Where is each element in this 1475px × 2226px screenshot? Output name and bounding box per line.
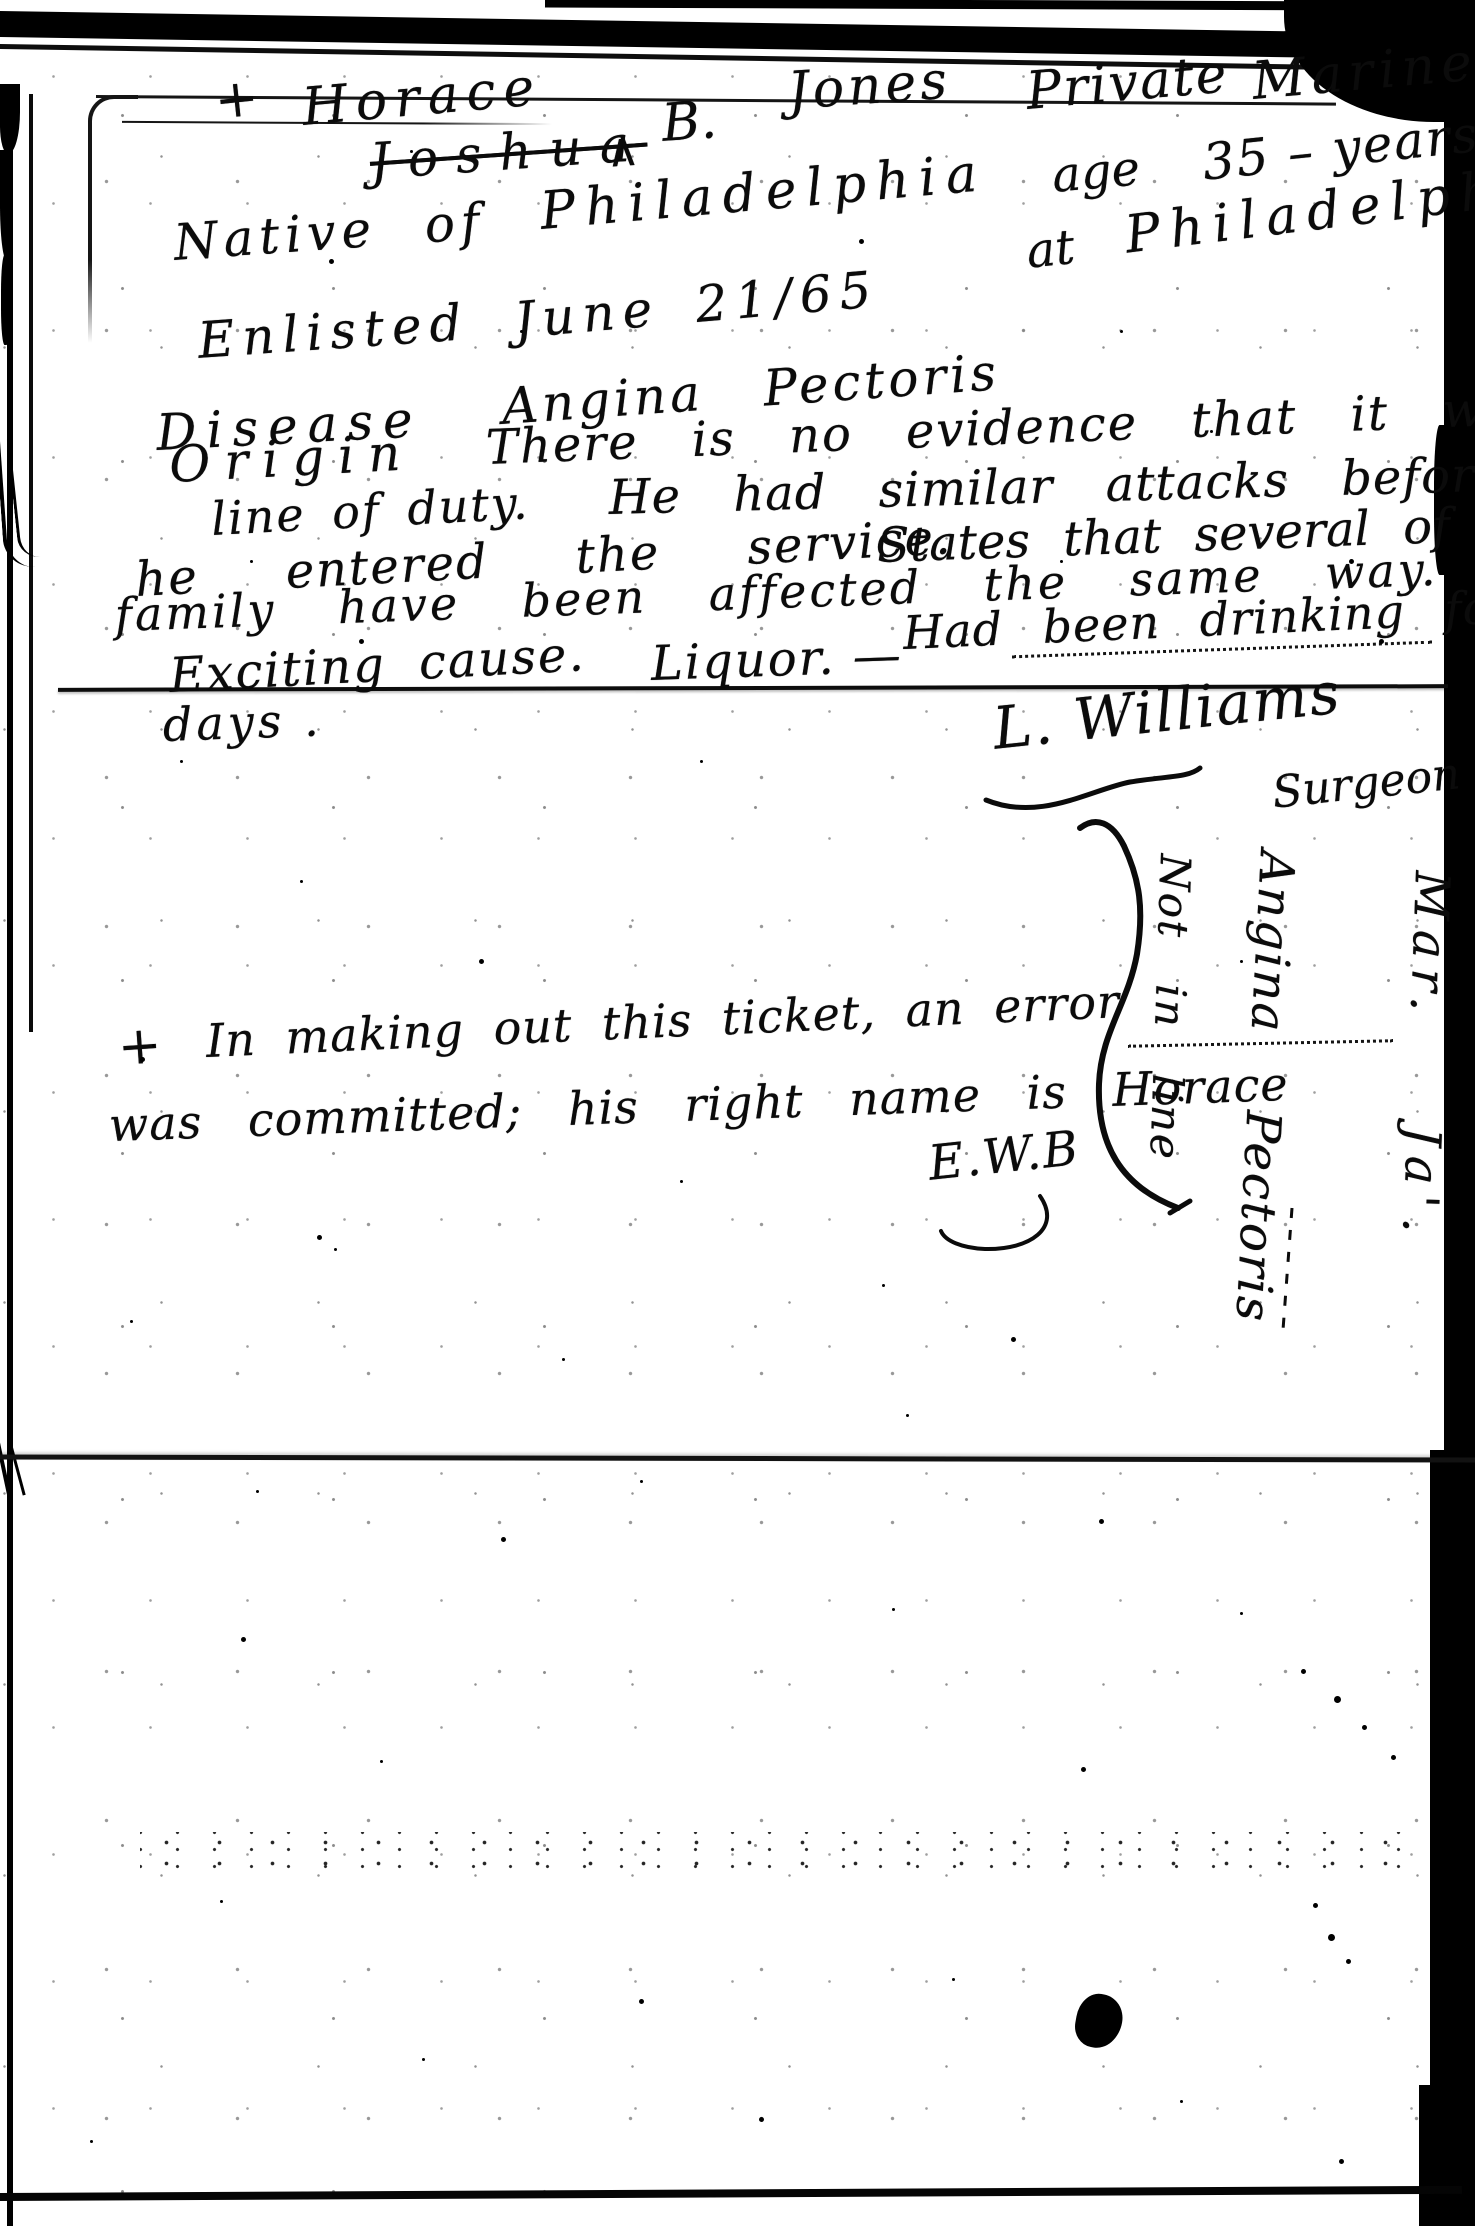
card-corner-border xyxy=(88,95,138,169)
exciting-cause-label: Exciting cause. xyxy=(168,628,587,703)
card-left-border xyxy=(88,158,92,343)
scan-edge-left-line xyxy=(7,86,13,2226)
enlisted-preposition: at xyxy=(1024,221,1077,279)
enlisted-date: June 21/65 xyxy=(512,262,881,349)
docket-disease-note: Angina Pectoris xyxy=(1200,848,1305,1332)
speckle-band xyxy=(140,1832,1460,1870)
signature-underline-flourish xyxy=(986,768,1200,808)
correction-cross-mark: + xyxy=(116,1017,163,1077)
section-rule-bottom xyxy=(0,2186,1462,2201)
native-label: Native of xyxy=(172,194,487,271)
scan-edge-left-blob-3 xyxy=(1,255,10,345)
correction-line-2: was committed; his right name is Horace xyxy=(108,1059,1289,1151)
scan-edge-left-blob-1 xyxy=(0,84,20,154)
patient-surname: Jones xyxy=(786,53,953,121)
scan-edge-right-bump-3 xyxy=(1419,2085,1449,2226)
section-rule-middle xyxy=(0,1454,1475,1462)
scan-edge-top-strip xyxy=(545,0,1385,10)
patient-rank: Private xyxy=(1024,46,1231,121)
days-note: days . xyxy=(162,694,323,750)
surgeon-signature: L. Williams xyxy=(990,661,1344,761)
insertion-caret: ∧ xyxy=(604,124,641,177)
scanned-document-page: + Horace Joshua ∧ B. Jones Private Marin… xyxy=(0,0,1475,2226)
docket-brace-tick xyxy=(1170,1201,1190,1213)
age-label: age xyxy=(1050,142,1142,202)
patient-middle-initial: B. xyxy=(660,92,719,153)
docket-service-note: Mar. Ja'. xyxy=(1368,869,1460,1271)
noise-specks xyxy=(0,0,3,3)
ink-blot xyxy=(1072,1990,1127,2051)
surgeon-title: Surgeon xyxy=(1270,750,1463,818)
exciting-cause-value: Liquor. — xyxy=(650,629,904,691)
scan-edge-left-blob-2 xyxy=(0,150,13,260)
correction-line-1: In making out this ticket, an error xyxy=(205,976,1121,1066)
initials-tail-flourish xyxy=(941,1196,1047,1249)
docket-disposition-note: Not in line xyxy=(1125,853,1200,1175)
enlisted-label: Enlisted xyxy=(196,295,471,369)
correction-initials: E.W.B xyxy=(926,1122,1082,1190)
entry-cross-mark: + xyxy=(212,69,261,130)
